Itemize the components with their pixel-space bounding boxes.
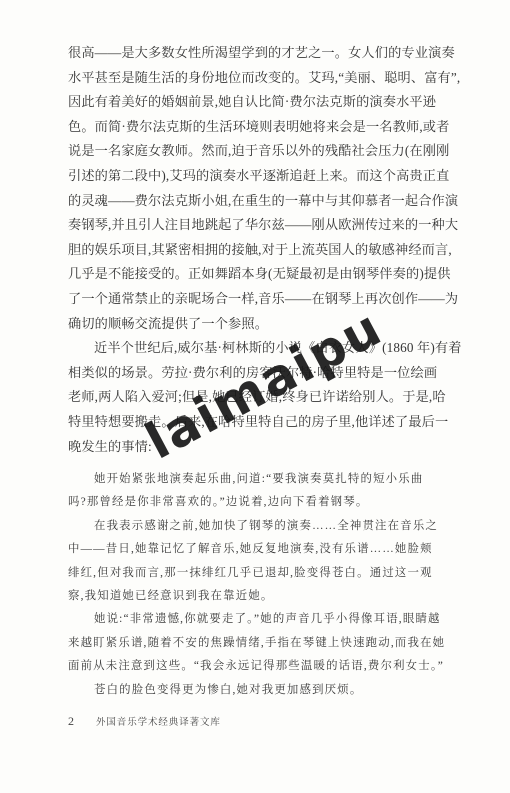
text-line: 色。而简·费尔法克斯的生活环境则表明她将来会是一名教师,或者 [68, 115, 472, 140]
block-quote: 她开始紧张地演奏起乐曲,问道:“要我演奏莫扎特的短小乐曲 吗?那曾经是你非常喜欢… [68, 468, 474, 702]
text-line: 的灵魂——费尔法克斯小姐,在重生的一幕中与其仰慕者一起合作演 [68, 189, 472, 214]
text-line: 胆的娱乐项目,其紧密相拥的接触,对于上流英国人的敏感神经而言, [68, 238, 472, 263]
quote-line: 她开始紧张地演奏起乐曲,问道:“要我演奏莫扎特的短小乐曲 [68, 468, 474, 491]
main-text-block: 很高——是大多数女性所渴望学到的才艺之一。女人们的专业演奏 水平甚至是随生活的身… [68, 41, 472, 459]
quote-line: 中——昔日,她靠记忆了解音乐,她反复地演奏,没有乐谱……她脸颊 [68, 538, 474, 561]
text-line: 很高——是大多数女性所渴望学到的才艺之一。女人们的专业演奏 [68, 41, 472, 66]
text-line: 相类似的场景。劳拉·费尔利的房客沃尔特·哈特里特是一位绘画 [68, 361, 472, 386]
text-line: 老师,两人陷入爱河;但是,她已经订婚,终身已许诺给别人。于是,哈 [68, 385, 472, 410]
text-line: 说是一名家庭女教师。然而,迫于音乐以外的残酷社会压力(在刚刚 [68, 139, 472, 164]
text-line: 引述的第二段中),艾玛的演奏水平逐渐追赶上来。而这个高贵正直 [68, 164, 472, 189]
text-line: 晚发生的事情: [68, 435, 472, 460]
page-footer: 2 外国音乐学术经典译著文库 [68, 714, 221, 729]
text-line: 因此有着美好的婚姻前景,她自认比简·费尔法克斯的演奏水平逊 [68, 90, 472, 115]
quote-line: 面前从未注意到这些。“我会永远记得那些温暖的话语,费尔利女士。” [68, 655, 474, 678]
text-line: 几乎是不能接受的。正如舞蹈本身(无疑最初是由钢琴伴奏的)提供 [68, 262, 472, 287]
quote-line: 来越盯紧乐谱,随着不安的焦躁情绪,手指在琴键上快速跑动,而我在她 [68, 632, 474, 655]
quote-line: 在我表示感谢之前,她加快了钢琴的演奏……全神贯注在音乐之 [68, 515, 474, 538]
text-line: 了一个通常禁止的亲昵场合一样,音乐——在钢琴上再次创作——为 [68, 287, 472, 312]
book-page: 很高——是大多数女性所渴望学到的才艺之一。女人们的专业演奏 水平甚至是随生活的身… [0, 0, 510, 793]
quote-line: 苍白的脸色变得更为惨白,她对我更加感到厌烦。 [68, 679, 474, 702]
quote-line: 察,我知道她已经意识到我在靠近她。 [68, 585, 474, 608]
page-number: 2 [68, 714, 74, 729]
text-line: 奏钢琴,并且引人注目地跳起了华尔兹——刚从欧洲传过来的一种大 [68, 213, 472, 238]
text-line: 近半个世纪后,威尔基·柯林斯的小说《白衣女人》(1860 年)有着 [68, 336, 472, 361]
text-line: 水平甚至是随生活的身份地位而改变的。艾玛,“美丽、聪明、富有”, [68, 66, 472, 91]
quote-line: 绯红,但对我而言,那一抹绯红几乎已退却,脸变得苍白。通过这一观 [68, 562, 474, 585]
series-title: 外国音乐学术经典译著文库 [96, 714, 221, 728]
quote-line: 她说:“非常遗憾,你就要走了。”她的声音几乎小得像耳语,眼睛越 [68, 608, 474, 631]
text-line: 特里特想要搬走。后来,在哈特里特自己的房子里,他详述了最后一 [68, 410, 472, 435]
quote-line: 吗?那曾经是你非常喜欢的。”边说着,边向下看着钢琴。 [68, 491, 474, 514]
text-line: 确切的顺畅交流提供了一个参照。 [68, 312, 472, 337]
